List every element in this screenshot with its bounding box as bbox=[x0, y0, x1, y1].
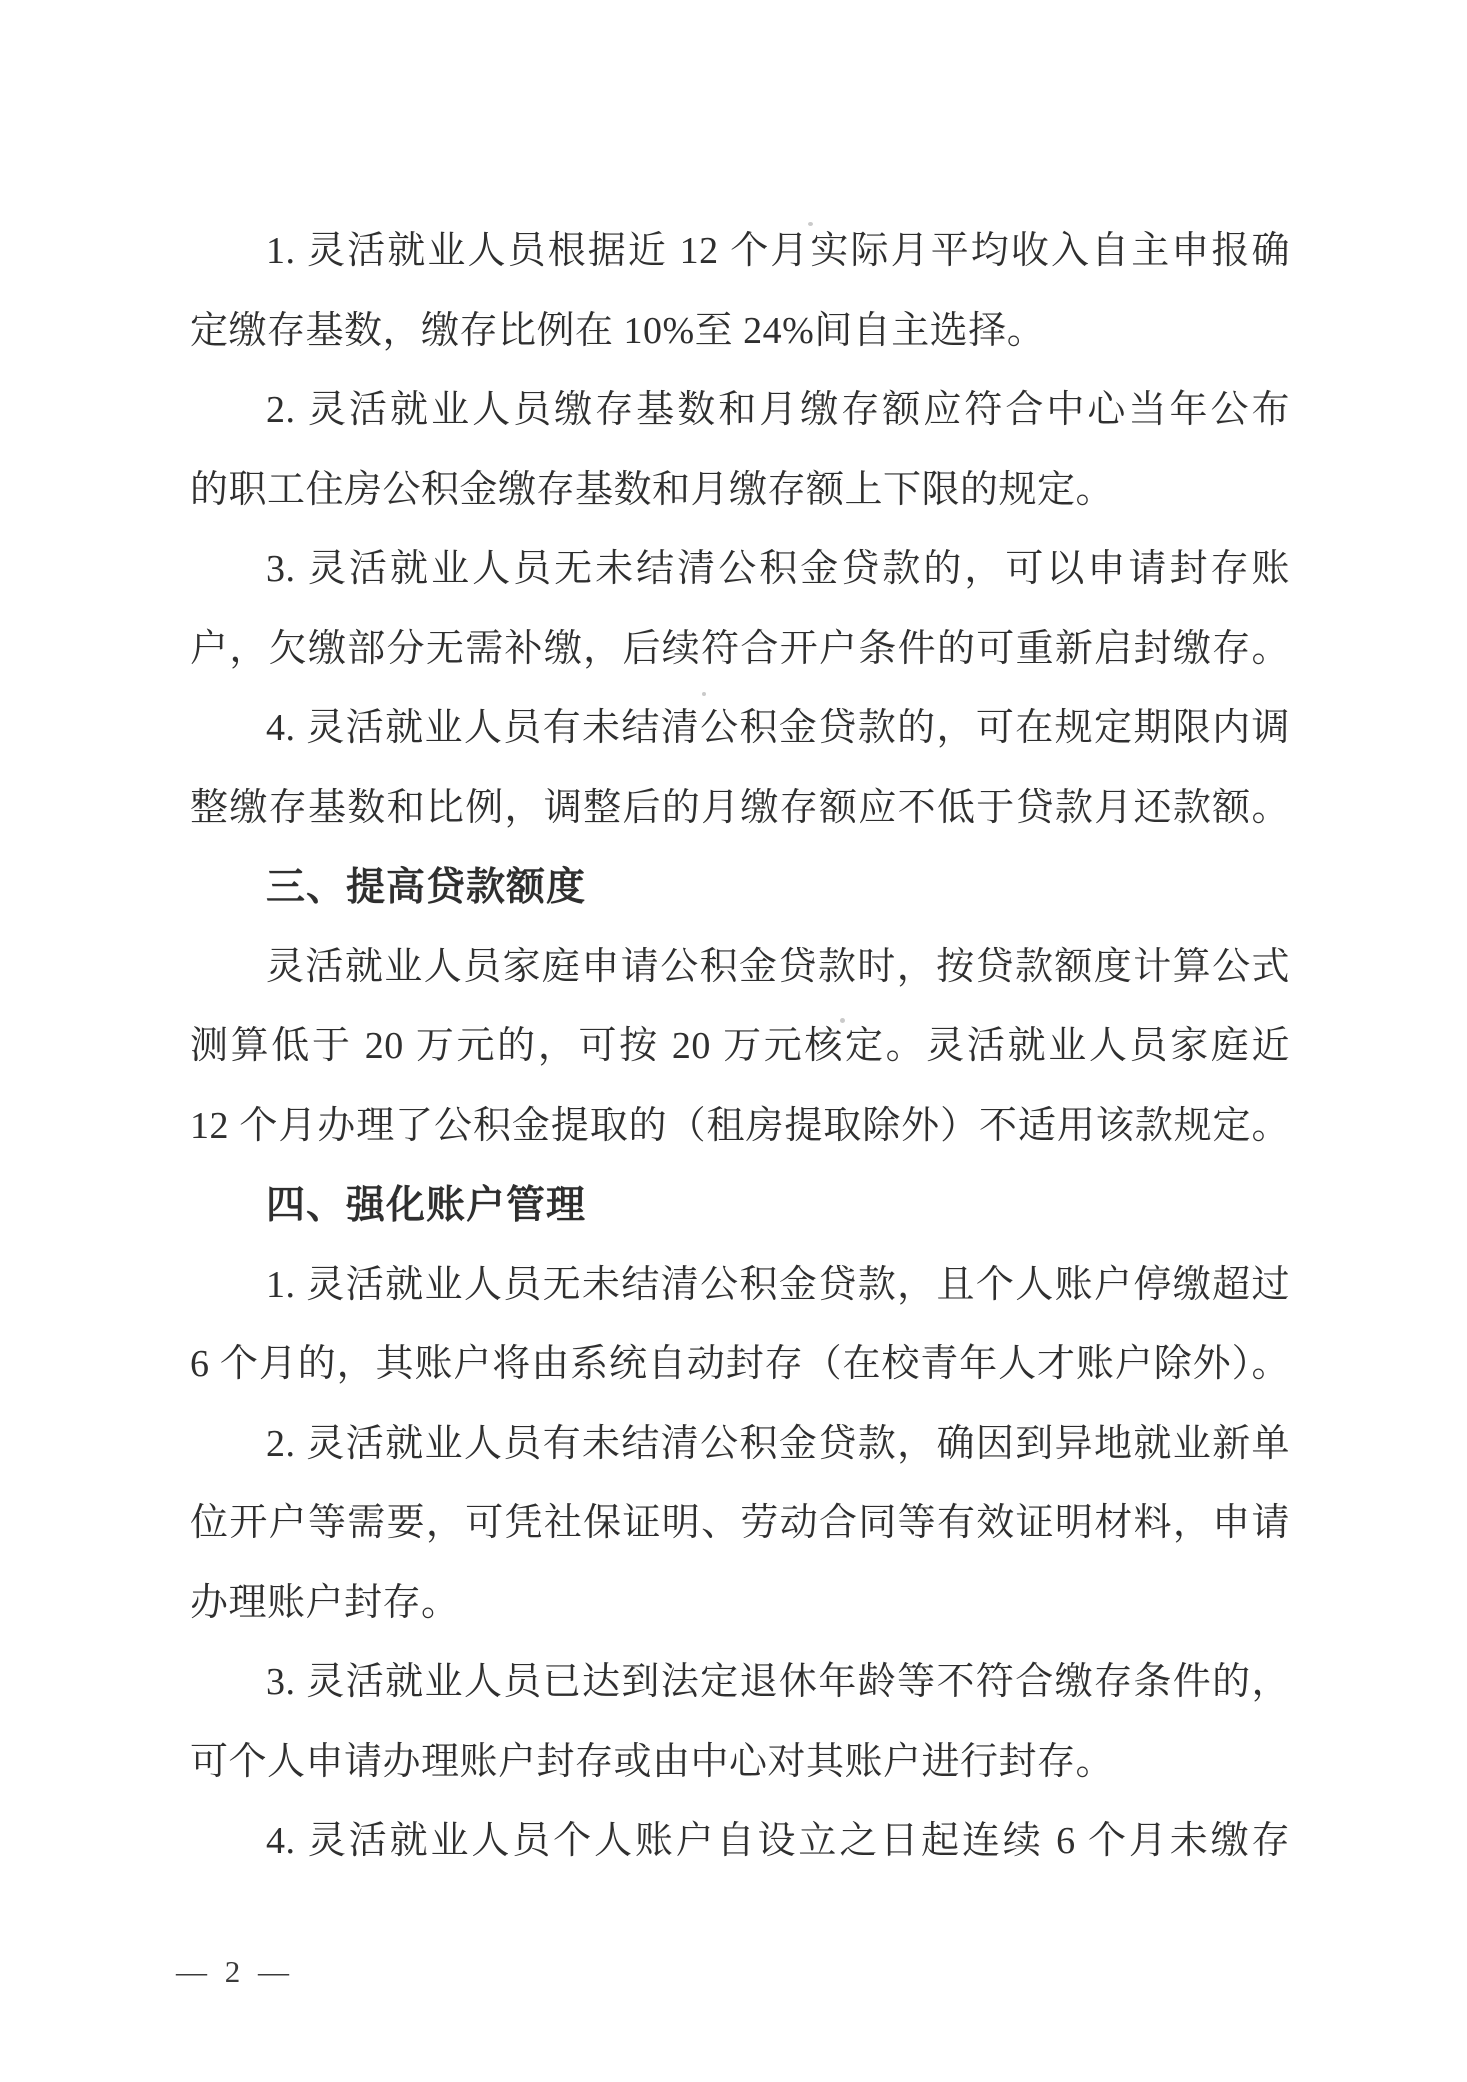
scan-speck bbox=[840, 1018, 845, 1023]
text-line: 灵活就业人员家庭申请公积金贷款时，按贷款额度计算公式 bbox=[190, 928, 1290, 1008]
text-line: 2. 灵活就业人员缴存基数和月缴存额应符合中心当年公布 bbox=[190, 371, 1290, 451]
scan-speck bbox=[808, 222, 813, 226]
page-number: — 2 — bbox=[176, 1950, 294, 1994]
text-line: 6 个月的，其账户将由系统自动封存（在校青年人才账户除外）。 bbox=[190, 1325, 1290, 1405]
text-line: 整缴存基数和比例，调整后的月缴存额应不低于贷款月还款额。 bbox=[190, 769, 1290, 849]
document-page: 1. 灵活就业人员根据近 12 个月实际月平均收入自主申报确 定缴存基数，缴存比… bbox=[0, 0, 1467, 2082]
text-line: 3. 灵活就业人员已达到法定退休年龄等不符合缴存条件的， bbox=[190, 1643, 1290, 1723]
text-line: 2. 灵活就业人员有未结清公积金贷款，确因到异地就业新单 bbox=[190, 1405, 1290, 1485]
text-line: 测算低于 20 万元的，可按 20 万元核定。灵活就业人员家庭近 bbox=[190, 1007, 1290, 1087]
text-line: 4. 灵活就业人员个人账户自设立之日起连续 6 个月未缴存 bbox=[190, 1802, 1290, 1882]
text-line: 位开户等需要，可凭社保证明、劳动合同等有效证明材料，申请 bbox=[190, 1484, 1290, 1564]
text-line: 办理账户封存。 bbox=[190, 1564, 1290, 1644]
text-line: 定缴存基数，缴存比例在 10%至 24%间自主选择。 bbox=[190, 292, 1290, 372]
document-body: 1. 灵活就业人员根据近 12 个月实际月平均收入自主申报确 定缴存基数，缴存比… bbox=[190, 212, 1290, 1882]
text-line: 户，欠缴部分无需补缴，后续符合开户条件的可重新启封缴存。 bbox=[190, 610, 1290, 690]
text-line: 4. 灵活就业人员有未结清公积金贷款的，可在规定期限内调 bbox=[190, 689, 1290, 769]
text-line: 1. 灵活就业人员根据近 12 个月实际月平均收入自主申报确 bbox=[190, 212, 1290, 292]
text-line: 可个人申请办理账户封存或由中心对其账户进行封存。 bbox=[190, 1723, 1290, 1803]
section-heading: 四、强化账户管理 bbox=[190, 1166, 1290, 1246]
text-line: 3. 灵活就业人员无未结清公积金贷款的，可以申请封存账 bbox=[190, 530, 1290, 610]
section-heading: 三、提高贷款额度 bbox=[190, 848, 1290, 928]
text-line: 12 个月办理了公积金提取的（租房提取除外）不适用该款规定。 bbox=[190, 1087, 1290, 1167]
text-line: 1. 灵活就业人员无未结清公积金贷款，且个人账户停缴超过 bbox=[190, 1246, 1290, 1326]
scan-speck bbox=[702, 692, 706, 696]
text-line: 的职工住房公积金缴存基数和月缴存额上下限的规定。 bbox=[190, 451, 1290, 531]
